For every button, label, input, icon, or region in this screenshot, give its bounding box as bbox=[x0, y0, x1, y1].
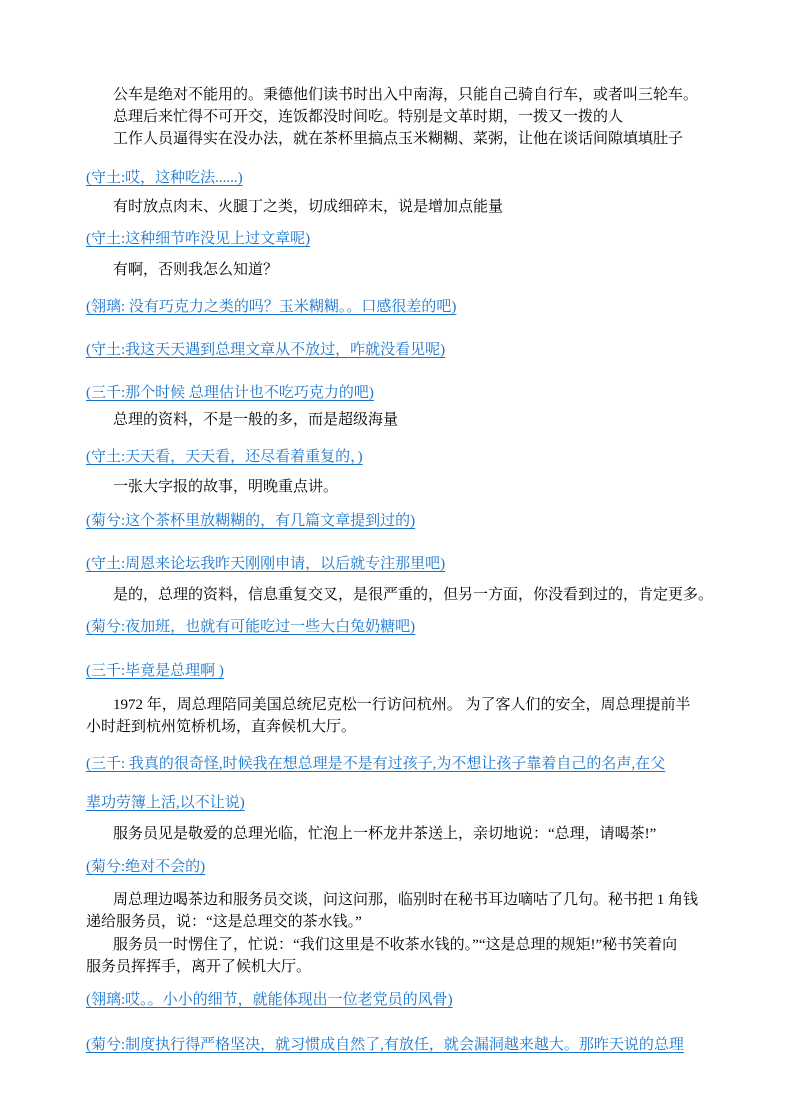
paragraph-line: 公车是绝对不能用的。秉德他们读书时出入中南海，只能自己骑自行车，或者叫三轮车。 bbox=[113, 85, 698, 106]
paragraph-line: 总理后来忙得不可开交，连饭都没时间吃。特别是文革时期，一拨又一拨的人 bbox=[113, 107, 623, 128]
reader-comment-shoutu: (守土:这种细节咋没见上过文章呢) bbox=[86, 229, 310, 250]
paragraph-line: 工作人员逼得实在没办法，就在茶杯里搞点玉米糊糊、菜粥，让他在谈话间隙填填肚子 bbox=[113, 129, 683, 150]
paragraph-line: 服务员见是敬爱的总理光临，忙泡上一杯龙井茶送上，亲切地说：“总理，请喝茶!” bbox=[113, 824, 656, 845]
reader-comment-lingli: (翎璃: 没有巧克力之类的吗？玉米糊糊。。口感很差的吧) bbox=[86, 297, 456, 318]
reader-comment-shoutu: (守土:我这天天遇到总理文章从不放过，咋就没看见呢) bbox=[86, 340, 445, 361]
reader-comment-shoutu: (守土:天天看，天天看，还尽看着重复的，) bbox=[86, 447, 363, 468]
reader-comment-juxi: (菊兮:这个茶杯里放糊糊的，有几篇文章提到过的) bbox=[86, 511, 415, 532]
paragraph-line: 服务员挥挥手，离开了候机大厅。 bbox=[86, 957, 311, 978]
reader-comment-sanqian: (三千: 我真的很奇怪,时候我在想总理是不是有过孩子,为不想让孩子靠着自己的名声… bbox=[86, 754, 665, 775]
reader-comment-lingli: (翎璃:哎。。小小的细节，就能体现出一位老党员的风骨) bbox=[86, 990, 453, 1011]
paragraph-line: 有时放点肉末、火腿丁之类，切成细碎末，说是增加点能量 bbox=[113, 197, 503, 218]
paragraph-line: 是的，总理的资料，信息重复交叉，是很严重的，但另一方面，你没看到过的，肯定更多。 bbox=[113, 585, 713, 606]
reader-comment-shoutu: (守土:哎，这种吃法......) bbox=[86, 168, 243, 189]
paragraph-line: 有啊，否则我怎么知道？ bbox=[113, 260, 278, 281]
reader-comment-sanqian: (三千:那个时候 总理估计也不吃巧克力的吧) bbox=[86, 383, 374, 404]
reader-comment-juxi: (菊兮:制度执行得严格坚决，就习惯成自然了,有放任，就会漏洞越来越大。那昨天说的… bbox=[86, 1035, 684, 1056]
paragraph-line: 服务员一时愣住了，忙说：“我们这里是不收茶水钱的。”“这是总理的规矩!”秘书笑着… bbox=[113, 935, 677, 956]
reader-comment-sanqian: 辈功劳簿上活,以不让说) bbox=[86, 793, 245, 814]
paragraph-line: 递给服务员，说：“这是总理交的茶水钱。” bbox=[86, 912, 362, 933]
reader-comment-shoutu: (守土:周恩来论坛我昨天刚刚申请，以后就专注那里吧) bbox=[86, 554, 445, 575]
reader-comment-juxi: (菊兮:夜加班，也就有可能吃过一些大白兔奶糖吧) bbox=[86, 617, 415, 638]
paragraph-line: 小时赶到杭州笕桥机场，直奔候机大厅。 bbox=[86, 717, 356, 738]
reader-comment-juxi: (菊兮:绝对不会的) bbox=[86, 857, 205, 878]
document-page: 公车是绝对不能用的。秉德他们读书时出入中南海，只能自己骑自行车，或者叫三轮车。 … bbox=[0, 0, 800, 1100]
paragraph-line: 总理的资料，不是一般的多，而是超级海量 bbox=[113, 410, 398, 431]
paragraph-line: 一张大字报的故事，明晚重点讲。 bbox=[113, 477, 338, 498]
paragraph-line: 周总理边喝茶边和服务员交谈，问这问那，临别时在秘书耳边嘀咕了几句。秘书把 1 角… bbox=[113, 890, 698, 911]
reader-comment-sanqian: (三千:毕竟是总理啊 ) bbox=[86, 661, 224, 682]
paragraph-line: 1972 年，周总理陪同美国总统尼克松一行访问杭州。 为了客人们的安全，周总理提… bbox=[113, 695, 691, 716]
